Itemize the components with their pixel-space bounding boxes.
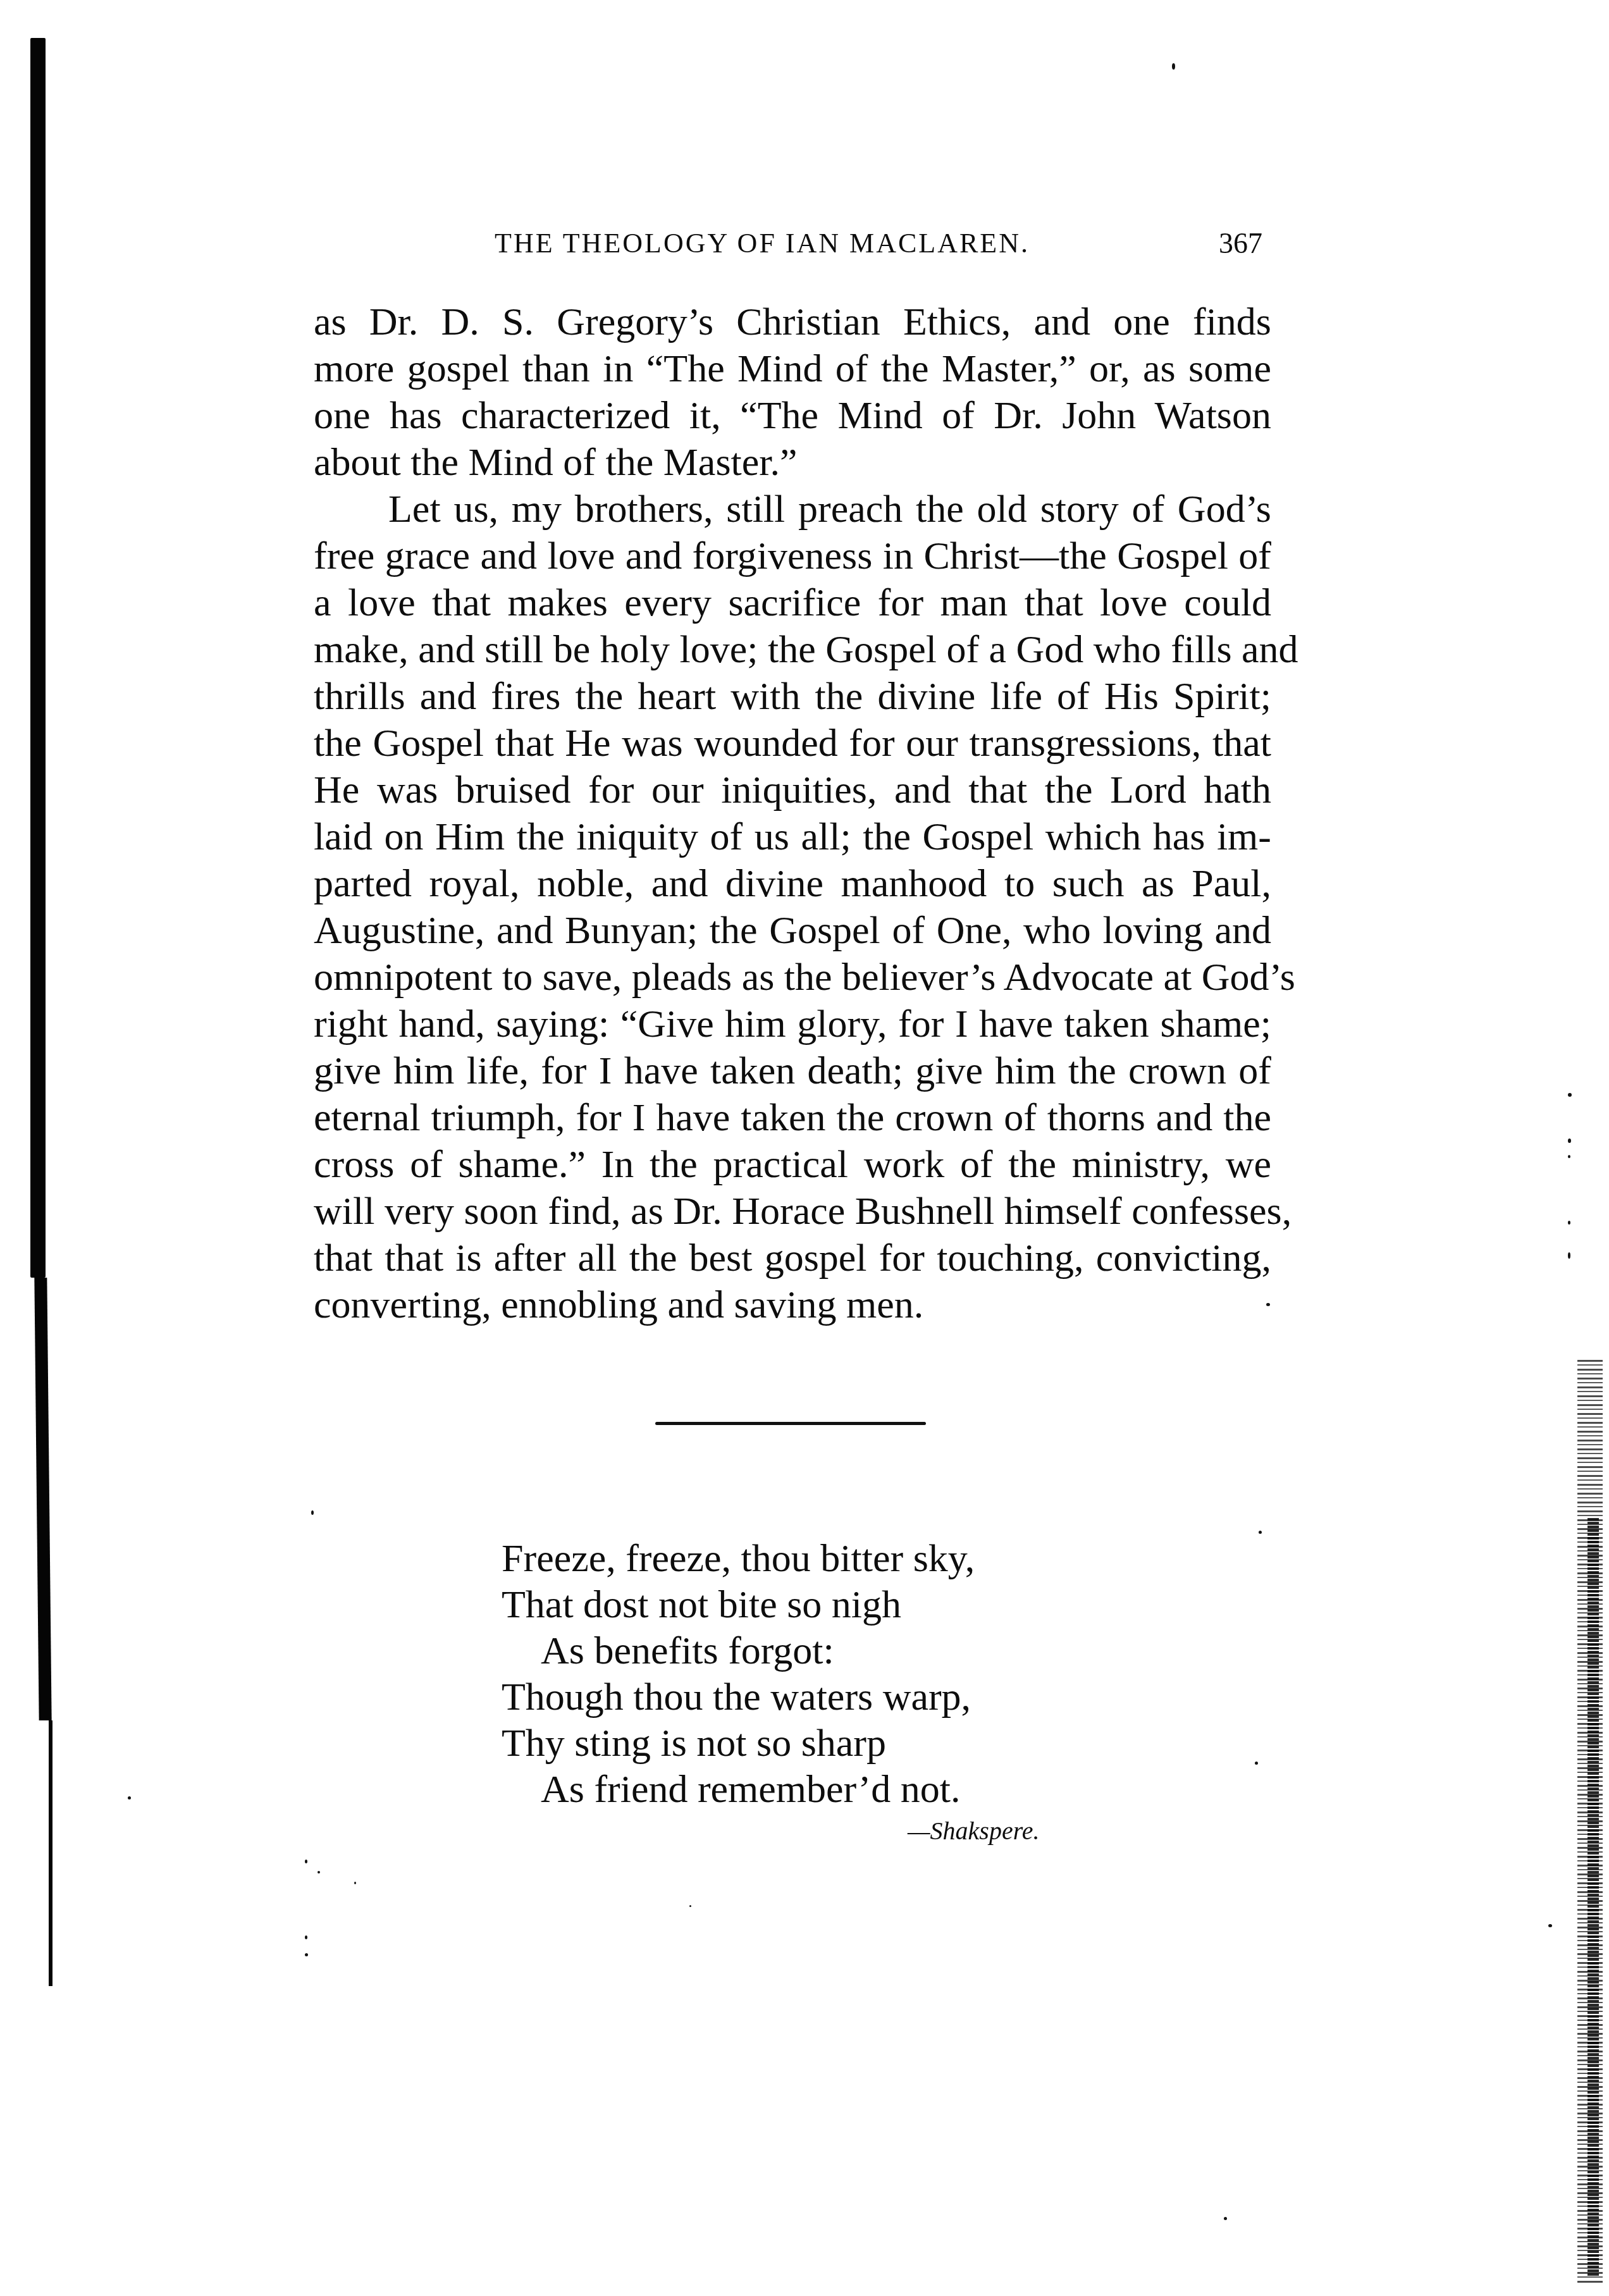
scan-speck xyxy=(317,1871,320,1873)
poem-line: Though thou the waters warp, xyxy=(502,1674,1071,1720)
text-line: eternal triumph, for I have taken the cr… xyxy=(314,1094,1271,1141)
text-line: He was bruised for our iniquities, and t… xyxy=(314,767,1271,813)
poem-attribution: —Shakspere. xyxy=(908,1815,1039,1847)
text-line: omnipotent to save, pleads as the believ… xyxy=(314,954,1271,1001)
text-line: will very soon find, as Dr. Horace Bushn… xyxy=(314,1188,1271,1235)
scan-speck xyxy=(305,1860,307,1863)
text-line: thrills and fires the heart with the div… xyxy=(314,673,1271,720)
text-line: give him life, for I have taken death; g… xyxy=(314,1047,1271,1094)
scan-speck xyxy=(354,1882,356,1884)
scan-speck xyxy=(128,1796,131,1799)
scan-speck xyxy=(1172,63,1175,70)
text-line: make, and still be holy love; the Gospel… xyxy=(314,626,1271,673)
text-line: converting, ennobling and saving men. xyxy=(314,1281,1271,1328)
text-line: the Gospel that He was wounded for our t… xyxy=(314,720,1271,767)
page-number: 367 xyxy=(1219,228,1262,259)
text-line: more gospel than in “The Mind of the Mas… xyxy=(314,345,1271,392)
text-line: about the Mind of the Master.” xyxy=(314,439,1271,486)
running-title: THE THEOLOGY OF IAN MacLAREN. xyxy=(495,228,1030,259)
poem-line: Thy sting is not so sharp xyxy=(502,1720,1071,1767)
text-line: one has characterized it, “The Mind of D… xyxy=(314,392,1271,439)
text-line: cross of shame.” In the practical work o… xyxy=(314,1141,1271,1188)
scan-speck xyxy=(1255,1762,1258,1765)
text-line: as Dr. D. S. Gregory’s Christian Ethics,… xyxy=(314,299,1271,345)
scanned-page: THE THEOLOGY OF IAN MacLAREN. 367 as Dr.… xyxy=(0,0,1609,2296)
scan-edge-noise xyxy=(1587,1518,1599,2277)
text-line: that that is after all the best gospel f… xyxy=(314,1235,1271,1281)
scan-speck xyxy=(1568,1093,1572,1097)
text-line: free grace and love and forgiveness in C… xyxy=(314,533,1271,579)
body-text: as Dr. D. S. Gregory’s Christian Ethics,… xyxy=(314,299,1271,1328)
scan-speck xyxy=(1568,1139,1571,1143)
paragraph-start-line: Let us, my brothers, still preach the ol… xyxy=(314,486,1271,533)
text-line: a love that makes every sacrifice for ma… xyxy=(314,579,1271,626)
scan-speck xyxy=(689,1905,691,1907)
scan-speck xyxy=(305,1935,307,1939)
text-line: laid on Him the iniquity of us all; the … xyxy=(314,813,1271,860)
section-divider-rule xyxy=(655,1422,926,1425)
poem-line-indented: As friend remember’d not. xyxy=(502,1767,1071,1813)
scan-speck xyxy=(1224,2217,1227,2220)
text-line: right hand, saying: “Give him glory, for… xyxy=(314,1001,1271,1047)
scan-speck xyxy=(1548,1924,1552,1927)
text-line: parted royal, noble, and divine manhood … xyxy=(314,860,1271,907)
scan-edge-shadow xyxy=(49,1720,52,1986)
scan-edge-shadow xyxy=(30,38,46,1278)
poem-line: Freeze, freeze, thou bitter sky, xyxy=(502,1536,1071,1582)
poem-epigraph: Freeze, freeze, thou bitter sky, That do… xyxy=(502,1536,1071,1813)
poem-line: That dost not bite so nigh xyxy=(502,1582,1071,1628)
scan-speck xyxy=(1568,1221,1570,1225)
text-line: Augustine, and Bunyan; the Gospel of One… xyxy=(314,907,1271,954)
scan-speck xyxy=(1568,1252,1570,1259)
scan-speck xyxy=(1568,1155,1570,1158)
scan-speck xyxy=(1259,1531,1262,1534)
poem-line-indented: As benefits forgot: xyxy=(502,1628,1071,1674)
scan-speck xyxy=(305,1953,308,1956)
scan-edge-shadow xyxy=(34,1278,51,1720)
scan-speck xyxy=(311,1510,314,1515)
scan-speck xyxy=(1266,1303,1270,1306)
running-header: THE THEOLOGY OF IAN MacLAREN. 367 xyxy=(495,228,1266,259)
